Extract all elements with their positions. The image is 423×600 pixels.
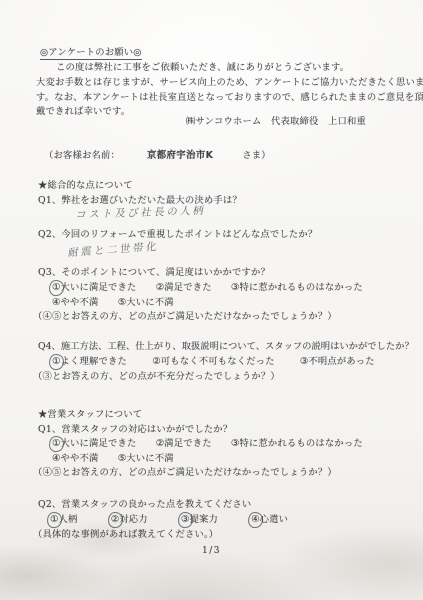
general-q4-note: （③とお答えの方、どの点が不充分だったでしょうか？） [33,371,280,383]
option-number: ④ [52,453,61,465]
intro-line-4: 戴できれば幸いです。 [36,106,130,118]
general-q1-label: Q1、弊社をお選びいただいた最大の決め手は？ [38,195,242,207]
hand-circle-mark: ④ [251,514,260,526]
general-q3-option-4: ④やや不満 [52,297,99,309]
option-label: よく理解できた [61,356,127,367]
intro-line-1: この度は弊社に工事をご依頼いただき、誠にありがとうございます。 [37,62,349,74]
general-q3-note: （④⑤とお答えの方、どの点がご満足いただけなかったでしょうか？） [33,311,337,323]
option-label: 大いに不満 [126,297,174,308]
general-q2-label: Q2、今回のリフォームで重視したポイントはどんな点でしたか？ [38,229,317,241]
option-number: ③ [231,438,240,450]
option-label: 提案力 [189,514,218,525]
option-number: ② [156,438,165,450]
option-label: 特に惹かれるものはなかった [239,438,362,449]
sales-q2-option-1: ①人柄 [50,514,78,526]
option-label: やや不満 [61,297,99,308]
sales-q1-option-1: ①大いに満足できた [52,438,137,450]
general-q4-options-row: ①よく理解できた ②可もなく不可もなくだった ③不明点があった [52,356,375,368]
intro-line-2: 大変お手数とは存じますが、サービス向上のため、アンケートにご協力いただきたく思い… [36,77,423,89]
hand-circle-mark: ① [50,514,59,526]
general-q1-handwritten-answer: コスト及び社長の人柄 [75,205,207,222]
customer-name: 京都府宇治市K [147,150,213,161]
option-number: ② [156,282,165,294]
general-q4-option-2: ②可もなく不可もなくだった [152,356,275,368]
customer-label-close: さま） [242,150,271,161]
intro-line-3: す。なお、本アンケートは社長室直送となっておりますので、感じられたままのご意見を… [36,92,423,104]
option-number: ② [152,356,161,368]
general-q4-option-1: ①よく理解できた [52,356,127,368]
option-label: 不明点があった [308,356,374,367]
option-label: 心遣い [260,514,289,525]
sales-q2-options-row: ①人柄 ②対応力 ③提案力 ④心遣い [50,514,288,526]
general-q3-options-row-2: ④やや不満 ⑤大いに不満 [52,297,174,309]
sales-q2-label: Q2、営業スタッフの良かった点を教えてください [38,499,251,511]
general-q3-option-1: ①大いに満足できた [52,282,137,294]
option-label: やや不満 [61,453,99,464]
sales-q1-option-2: ②満足できた [156,438,212,450]
sales-q1-label: Q1、営業スタッフの対応はいかがでしたか？ [38,424,232,436]
survey-title: ◎アンケートのお願い◎ [40,47,142,59]
option-label: 対応力 [119,514,148,525]
customer-name-row: （お客様お名前：京都府宇治市Kさま） [44,150,271,162]
sales-section-heading: ★営業スタッフについて [38,409,142,421]
option-number: ③ [300,356,309,368]
hand-circle-mark: ① [52,282,61,294]
sales-q2-option-2: ②対応力 [111,514,148,526]
sales-q2-option-4: ④心遣い [251,514,288,526]
option-number: ⑤ [118,297,127,309]
hand-circle-mark: ① [52,356,61,368]
sales-q1-option-3: ③特に惹かれるものはなかった [231,438,363,450]
option-label: 特に惹かれるものはなかった [239,282,362,293]
option-label: 大いに不満 [126,453,174,464]
hand-circle-mark: ② [111,514,120,526]
option-number: ④ [52,297,61,309]
option-label: 可もなく不可もなくだった [161,356,275,367]
sales-q1-options-row-1: ①大いに満足できた ②満足できた ③特に惹かれるものはなかった [52,438,363,450]
option-label: 大いに満足できた [61,438,137,449]
sales-q1-options-row-2: ④やや不満 ⑤大いに不満 [52,453,174,465]
option-number: ⑤ [118,453,127,465]
sales-q1-option-4: ④やや不満 [52,453,99,465]
general-section-heading: ★総合的な点について [38,180,133,192]
general-q4-option-3: ③不明点があった [300,356,375,368]
option-label: 大いに満足できた [61,282,137,293]
general-q3-option-3: ③特に惹かれるものはなかった [231,282,363,294]
scanned-survey-page: { "document": { "title": "◎アンケートのお願い◎", … [0,0,423,600]
option-number: ③ [231,282,240,294]
company-signature: ㈱サンコウホーム 代表取締役 上口和重 [186,116,366,128]
survey-title-text: ◎アンケートのお願い◎ [40,47,142,60]
general-q2-handwritten-answer: 耐震と二世帯化 [67,241,159,259]
hand-circle-mark: ③ [181,514,190,526]
customer-label-open: （お客様お名前： [44,150,120,161]
sales-q2-option-3: ③提案力 [181,514,218,526]
hand-circle-mark: ① [52,438,61,450]
general-q3-options-row-1: ①大いに満足できた ②満足できた ③特に惹かれるものはなかった [52,282,363,294]
general-q3-option-2: ②満足できた [156,282,212,294]
sales-q2-note: （具体的な事例があれば教えてください。） [33,529,218,541]
sales-q1-option-5: ⑤大いに不満 [118,453,174,465]
general-q3-option-5: ⑤大いに不満 [118,297,174,309]
general-q3-label: Q3、そのポイントについて、満足度はいかかですか？ [38,267,270,279]
general-q4-label: Q4、施工方法、工程、仕上がり、取扱説明について、スタッフの説明はいかがでしたか… [38,341,414,353]
sales-q1-note: （④⑤とお答えの方、どの点がご満足いただけなかったでしょうか？） [33,467,337,479]
option-label: 満足できた [164,282,212,293]
page-number: 1/3 [0,546,423,556]
option-label: 満足できた [164,438,212,449]
